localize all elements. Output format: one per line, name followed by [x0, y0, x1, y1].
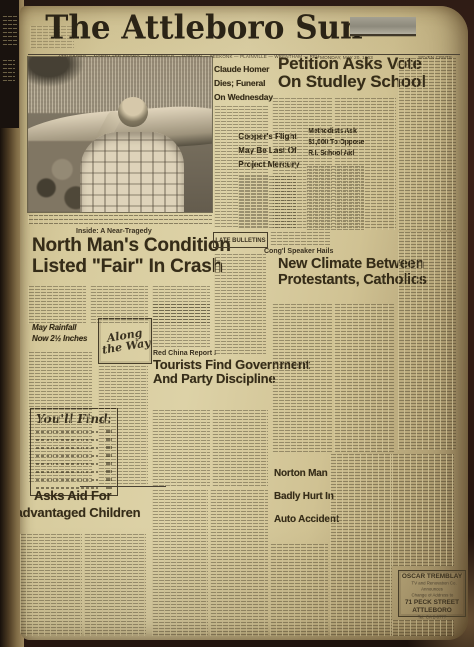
front-page: The Attleboro Sun ATTLEBORO — NORTH ATTL…: [20, 6, 468, 640]
ad-line: ATTLEBORO: [402, 607, 463, 614]
climate-kicker: Cong'l Speaker Hails: [264, 248, 333, 255]
text-column: [238, 176, 296, 230]
text-column: [152, 304, 210, 348]
text-column: [214, 254, 266, 324]
text-column: [210, 490, 268, 636]
text-column: [392, 620, 454, 636]
text-column: [270, 544, 328, 636]
along-the-way-box: Along the Way: [98, 318, 152, 364]
ad-line: OSCAR TREMBLAY: [402, 573, 463, 580]
text-column: [28, 352, 92, 482]
text-column: [152, 490, 208, 636]
adjacent-page-text: [2, 60, 15, 82]
newspaper-photograph: The Attleboro Sun ATTLEBORO — NORTH ATTL…: [0, 0, 474, 647]
text-column: [20, 534, 82, 636]
text-column: [214, 326, 266, 354]
photo-caption: [28, 215, 212, 224]
late-bulletins-box: LATE BULLETINS: [213, 232, 268, 248]
along-the-way-logo: Along the Way: [99, 326, 151, 355]
text-column: [392, 454, 454, 566]
text-column: [270, 232, 330, 246]
text-column: [152, 410, 210, 486]
oscar-tremblay-ad: OSCAR TREMBLAY TV and Renovation Co. Ann…: [398, 570, 466, 617]
adjacent-page-text: [2, 16, 17, 46]
masthead-title: The Attleboro Sun: [20, 9, 388, 47]
ad-line: Change of Address to: [412, 594, 453, 598]
adjacent-page-print: [0, 0, 19, 128]
lead-photo: [28, 57, 212, 212]
photo-man-plaid-shirt: [80, 132, 184, 212]
text-column: [98, 366, 148, 484]
text-column: [272, 304, 332, 452]
text-column: [84, 534, 146, 636]
ad-line: TV and Renovation Co.: [412, 582, 453, 586]
late-bulletins-label: LATE BULLETINS: [215, 237, 265, 243]
postal-stamp-mark: [350, 17, 416, 36]
text-column: [398, 232, 456, 450]
text-column: [28, 286, 86, 324]
ad-line: Announces: [412, 588, 453, 592]
claude-headline: Claude Homer Dies; Funeral On Wednesday: [214, 62, 274, 104]
text-column: [330, 454, 392, 636]
text-column: [90, 286, 148, 324]
text-column: [306, 166, 364, 230]
crash-kicker: Inside: A Near-Tragedy: [76, 228, 152, 235]
text-column: [398, 58, 456, 230]
red-china-kicker: Red China Report I: [153, 350, 216, 357]
text-column: [212, 410, 268, 486]
ad-line: 71 PECK STREET: [402, 599, 463, 606]
text-column: [334, 304, 394, 452]
